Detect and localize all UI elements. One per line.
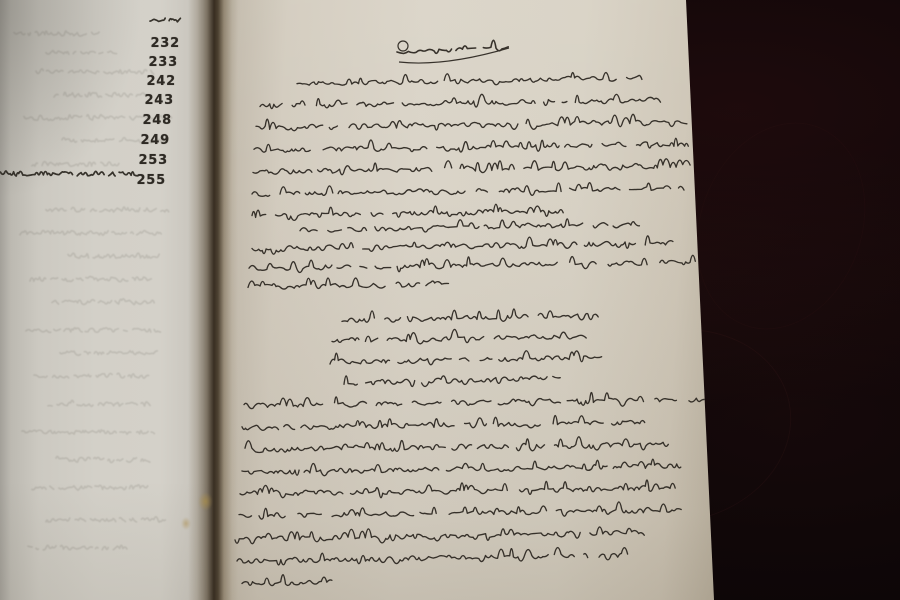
showthrough-text-row bbox=[26, 536, 136, 556]
showthrough-text-row bbox=[46, 392, 162, 412]
showthrough-text-row bbox=[54, 448, 158, 468]
showthrough-text-row bbox=[44, 40, 126, 60]
toc-page-number: 249 bbox=[110, 133, 170, 148]
showthrough-text-row bbox=[66, 244, 170, 264]
showthrough-text-row bbox=[20, 420, 164, 440]
background-texture-swirl bbox=[669, 99, 894, 354]
showthrough-text-row bbox=[44, 508, 176, 528]
showthrough-text-row bbox=[24, 318, 174, 338]
showthrough-text-row bbox=[30, 476, 156, 496]
toc-page-number: 243 bbox=[114, 93, 174, 108]
showthrough-text-row bbox=[58, 341, 166, 361]
toc-page-number: 232 bbox=[120, 36, 180, 51]
toc-page-number: 242 bbox=[116, 74, 176, 89]
book-right-page: อนุโมทนากถา เมื่อในโอกาสที่ท่านเจ้าเจริญ… bbox=[214, 0, 714, 600]
open-book-photo: หน้า 232 233 242 243 248 249 253 255 ับค… bbox=[0, 0, 900, 600]
showthrough-text-row bbox=[32, 364, 160, 384]
showthrough-text-row bbox=[28, 267, 160, 287]
toc-entry-partial: ับคืนสู่ตำแหน่งเจ้าอาวาสตามเดิม bbox=[0, 162, 148, 182]
toc-header: หน้า bbox=[148, 8, 190, 28]
handwritten-line: สมดังคำสุภาษิตข้อว่า – bbox=[246, 267, 454, 301]
handwritten-line: ทราบตามนี้ bbox=[240, 564, 348, 598]
showthrough-text-row bbox=[18, 221, 172, 241]
toc-page-number: 248 bbox=[112, 113, 172, 128]
showthrough-text-row bbox=[44, 198, 182, 218]
showthrough-text-row bbox=[50, 290, 166, 310]
toc-page-number: 233 bbox=[118, 55, 178, 70]
book-left-page: หน้า 232 233 242 243 248 249 253 255 ับค… bbox=[0, 0, 214, 600]
showthrough-text-row bbox=[12, 22, 110, 42]
